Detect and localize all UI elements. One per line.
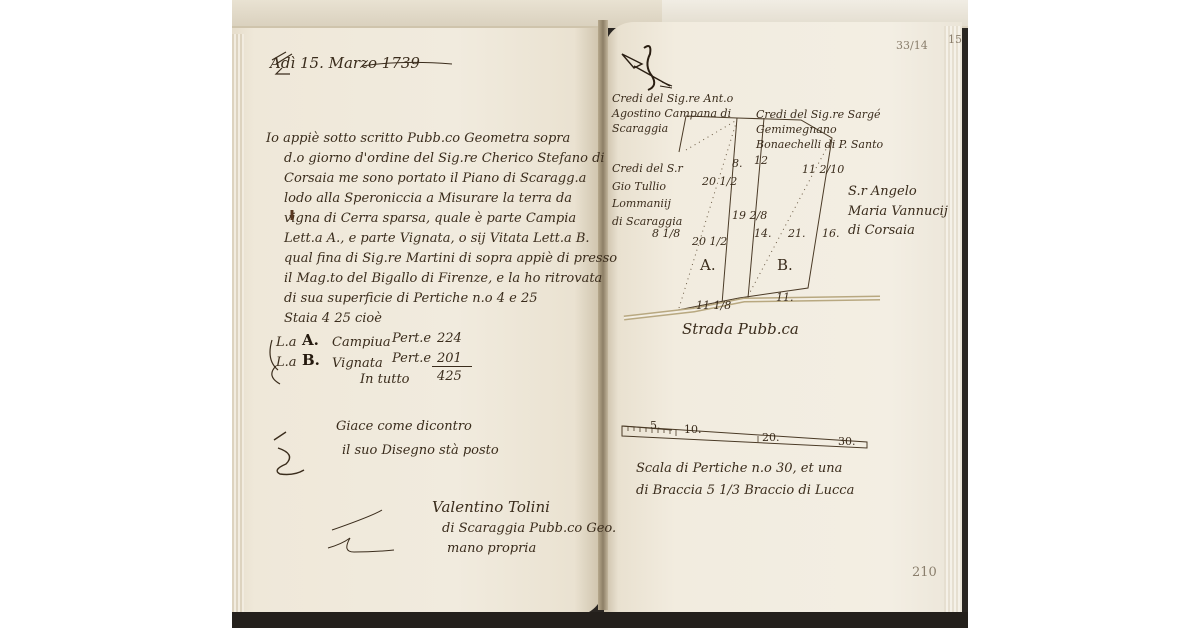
map-measure: 12 <box>754 155 768 166</box>
map-measure: 20 1/2 <box>692 236 727 247</box>
neighbor-left: Credi del S.r Gio Tullio Lommaniij di Sc… <box>612 160 684 230</box>
scale-tick: 10. <box>684 424 702 435</box>
map-measure: 14. <box>754 228 772 239</box>
map-measure: 19 2/8 <box>732 210 767 221</box>
map-measure: 11. <box>776 292 794 303</box>
plot-label-b: B. <box>777 258 793 273</box>
right-page-stack-edge <box>944 26 960 616</box>
map-measure: 11 1/8 <box>696 300 731 311</box>
scale-tick: 30. <box>838 436 856 447</box>
scale-tick: 20. <box>762 432 780 443</box>
map-measure: 20 1/2 <box>702 176 737 187</box>
north-arrow-icon <box>622 46 672 90</box>
plot-label-a: A. <box>700 258 716 273</box>
page-number: 210 <box>912 566 937 579</box>
scale-caption: Scala di Pertiche n.o 30, et una <box>636 462 842 475</box>
map-measure: 11 2/10 <box>802 164 844 175</box>
map-measure: 21. <box>788 228 806 239</box>
scale-caption: di Braccia 5 1/3 Braccio di Lucca <box>636 484 854 497</box>
map-measure: 16. <box>822 228 840 239</box>
road-label: Strada Pubb.ca <box>682 322 799 337</box>
map-measure: 8. <box>732 158 743 169</box>
edge-number: 15 <box>948 34 962 45</box>
neighbor-right: S.r Angelo Maria Vannucij di Corsaia <box>848 182 952 241</box>
neighbor-top-right: Credi del Sig.re Sargé Gemimegnano Bonae… <box>756 108 896 153</box>
manuscript-photo: Adì 15. Marzo 1739 Io appiè sotto scritt… <box>232 0 968 628</box>
scale-tick: 5. <box>650 420 661 431</box>
left-page-flourishes <box>232 0 604 628</box>
